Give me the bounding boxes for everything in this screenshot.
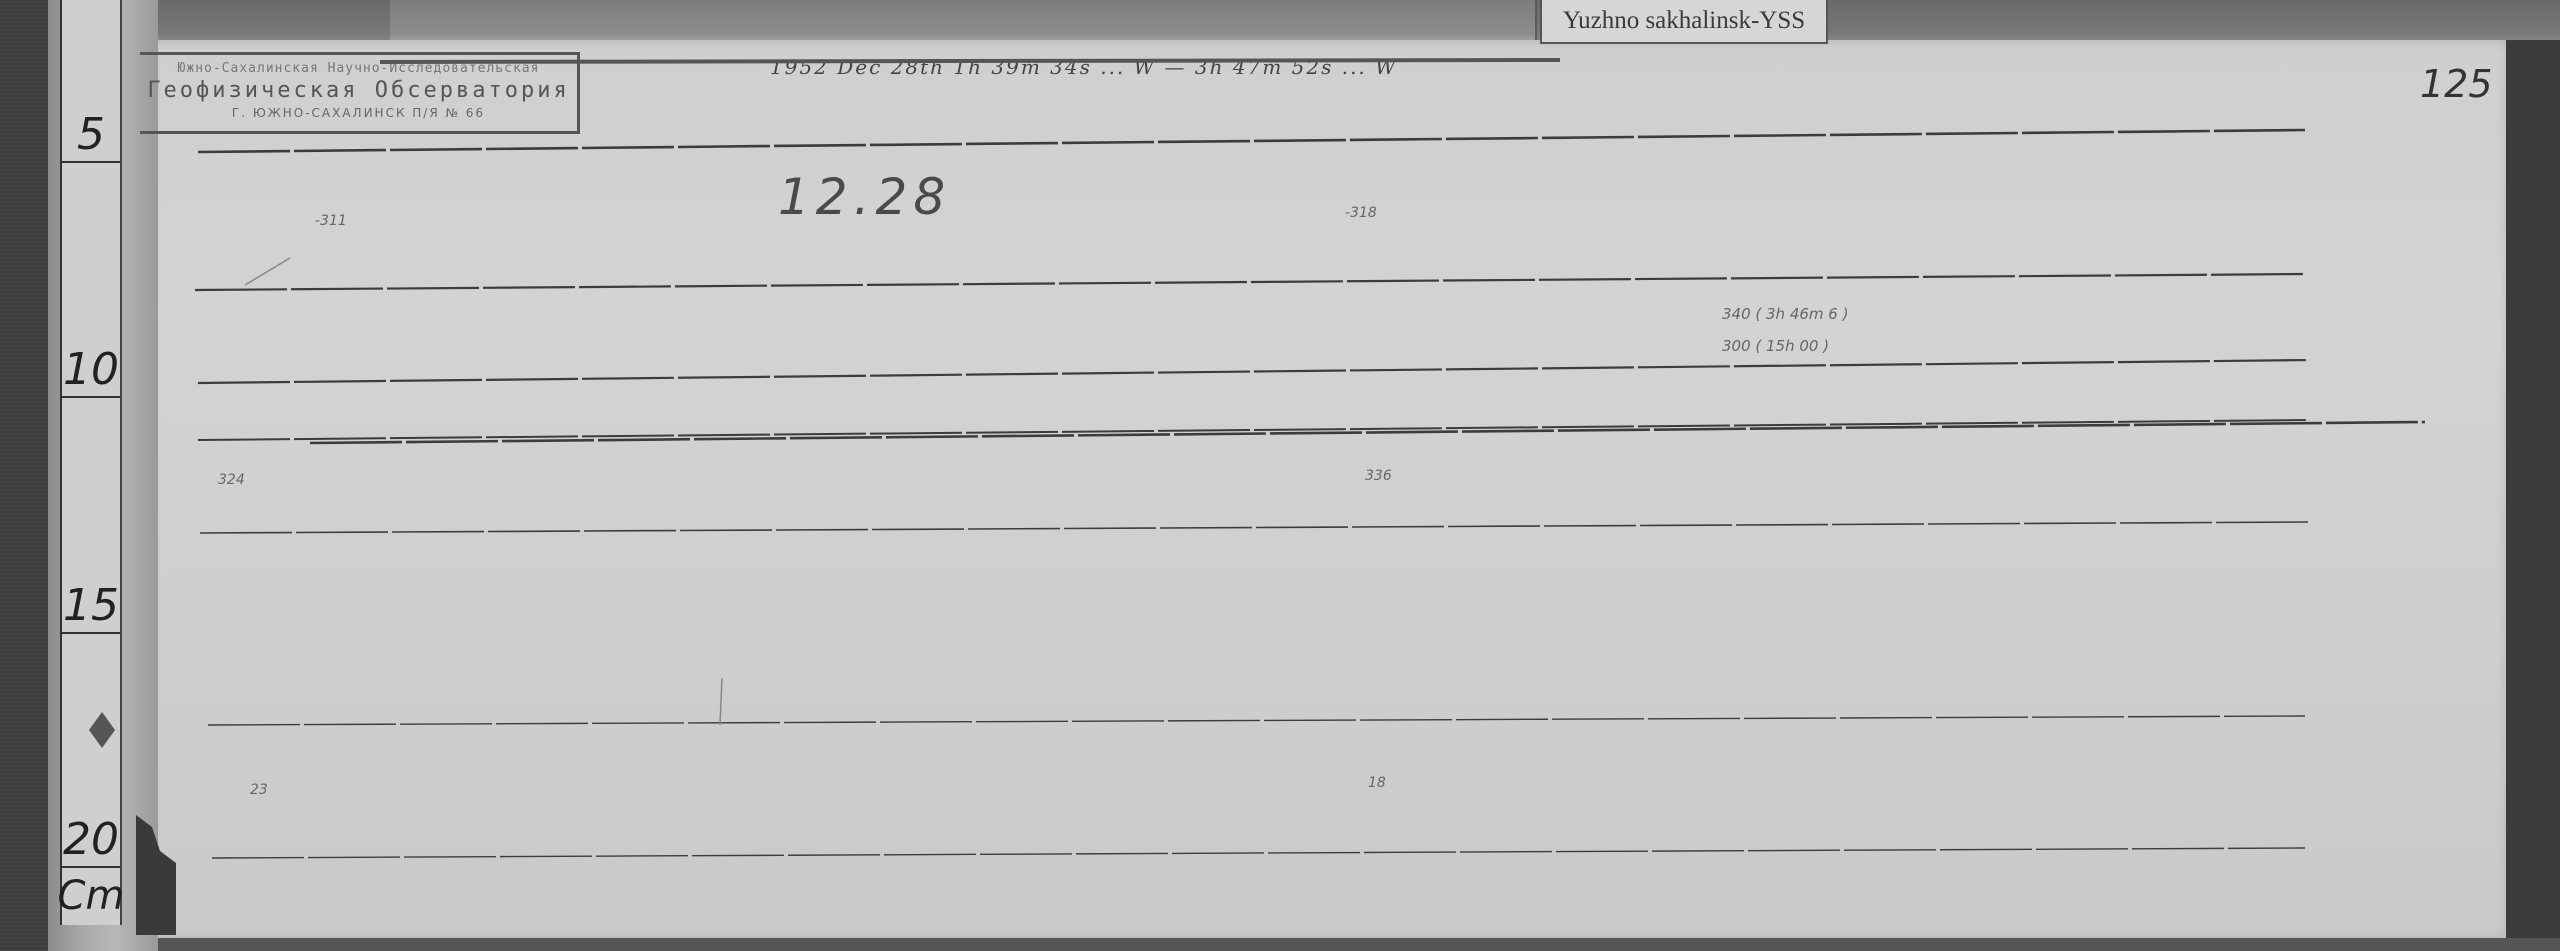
trace-line: [212, 848, 2305, 858]
trace-line: [198, 360, 2310, 383]
trace-line: [200, 522, 2310, 533]
trace-line: [310, 422, 2425, 443]
seismogram-traces: [0, 0, 2560, 951]
top-boundary-line: [380, 60, 1560, 62]
trace-line: [208, 716, 2305, 725]
trace-line: [198, 130, 2305, 152]
trace-line: [195, 274, 2305, 290]
trace-line: [198, 420, 2310, 440]
annotation-mark: [720, 678, 722, 725]
annotation-mark: [245, 258, 290, 285]
